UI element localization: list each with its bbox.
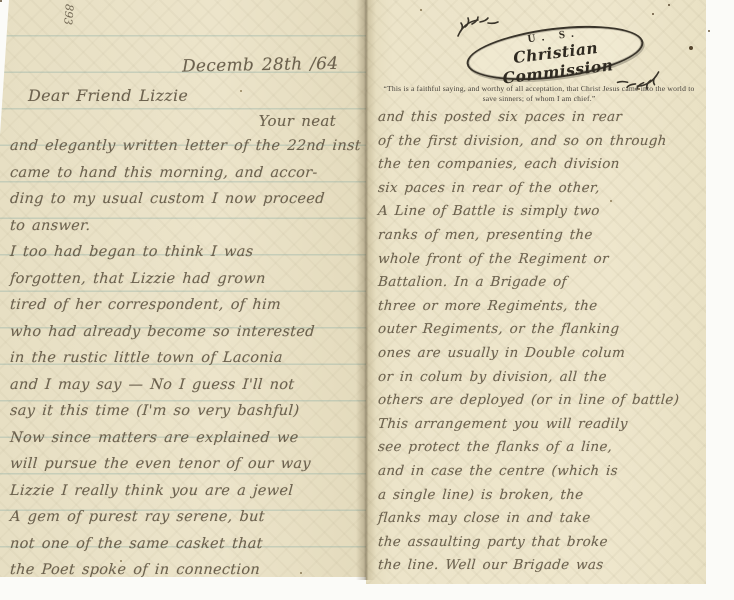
letter-line: forgotten, that Lizzie had grown [9,266,363,293]
letter-line: tired of her correspondent, of him [9,292,363,319]
letter-line: not one of the same casket that [9,531,363,558]
letter-line: six paces in rear of the other, [377,177,709,201]
letter-line: a single line) is broken, the [377,484,709,508]
right-page-body: and this posted six paces in rear of the… [378,106,708,578]
left-page-body: Decemb 28th /64 Dear Friend Lizzie Your … [10,48,362,584]
letter-line: or in colum by division, all the [377,366,709,390]
letter-line: in the rustic little town of Laconia [9,345,363,372]
letter-line: ranks of men, presenting the [377,224,709,248]
letter-line: the line. Well our Brigade was [377,554,709,578]
letter-line: flanks may close in and take [377,507,709,531]
motto-line-2: save sinners; of whom I am chief.” [372,94,706,104]
letter-page-left: Decemb 28th /64 Dear Friend Lizzie Your … [0,0,366,577]
letter-line: came to hand this morning, and accor- [9,160,363,187]
letter-line: A gem of purest ray serene, but [9,504,363,531]
letter-line: and elegantly written letter of the 22nd… [9,133,363,160]
letter-line: to answer. [9,213,363,240]
letter-line: outer Regiments, or the flanking [377,318,709,342]
date-line: Decemb 28th /64 [182,46,363,83]
letter-line: and this posted six paces in rear [377,106,709,130]
letter-line: and in case the centre (which is [377,460,709,484]
letter-line: who had already become so interested [9,319,363,346]
letter-line: whole front of the Regiment or [377,248,709,272]
archive-number: 893 [61,3,76,25]
letter-scan: Decemb 28th /64 Dear Friend Lizzie Your … [0,0,734,600]
salutation-line: Dear Friend Lizzie [28,82,362,109]
letter-line: Now since matters are explained we [9,425,363,452]
letter-line: of the first division, and so on through [377,130,709,154]
letter-line: This arrangement you will readily [377,413,709,437]
letter-line: say it this time (I'm so very bashful) [9,398,363,425]
motto-line-1: “This is a faithful saying, and worthy o… [372,84,706,94]
letter-line: others are deployed (or in line of battl… [377,389,709,413]
letterhead-stamp: U. S. Christian Commission [458,22,654,86]
letter-line: I too had began to think I was [9,239,363,266]
letter-line: A Line of Battle is simply two [377,200,709,224]
letter-line: Lizzie I really think you are a jewel [9,478,363,505]
letter-line: ding to my usual custom I now proceed [9,186,363,213]
letterhead-motto: “This is a faithful saying, and worthy o… [372,84,706,103]
letter-line: will pursue the even tenor of our way [9,451,363,478]
foxing-specks [0,0,2,2]
letter-line: Your neat [10,109,362,133]
letter-line: Battalion. In a Brigade of [377,271,709,295]
letter-line: the Poet spoke of in connection [9,557,363,584]
page-corner-tear [0,0,9,135]
letter-line: three or more Regiments, the [377,295,709,319]
letter-line: ones are usually in Double colum [377,342,709,366]
letter-line: see protect the flanks of a line, [377,436,709,460]
letter-line: and I may say — No I guess I'll not [9,372,363,399]
letter-line: the ten companies, each division [377,153,709,177]
letter-line: the assaulting party that broke [377,531,709,555]
